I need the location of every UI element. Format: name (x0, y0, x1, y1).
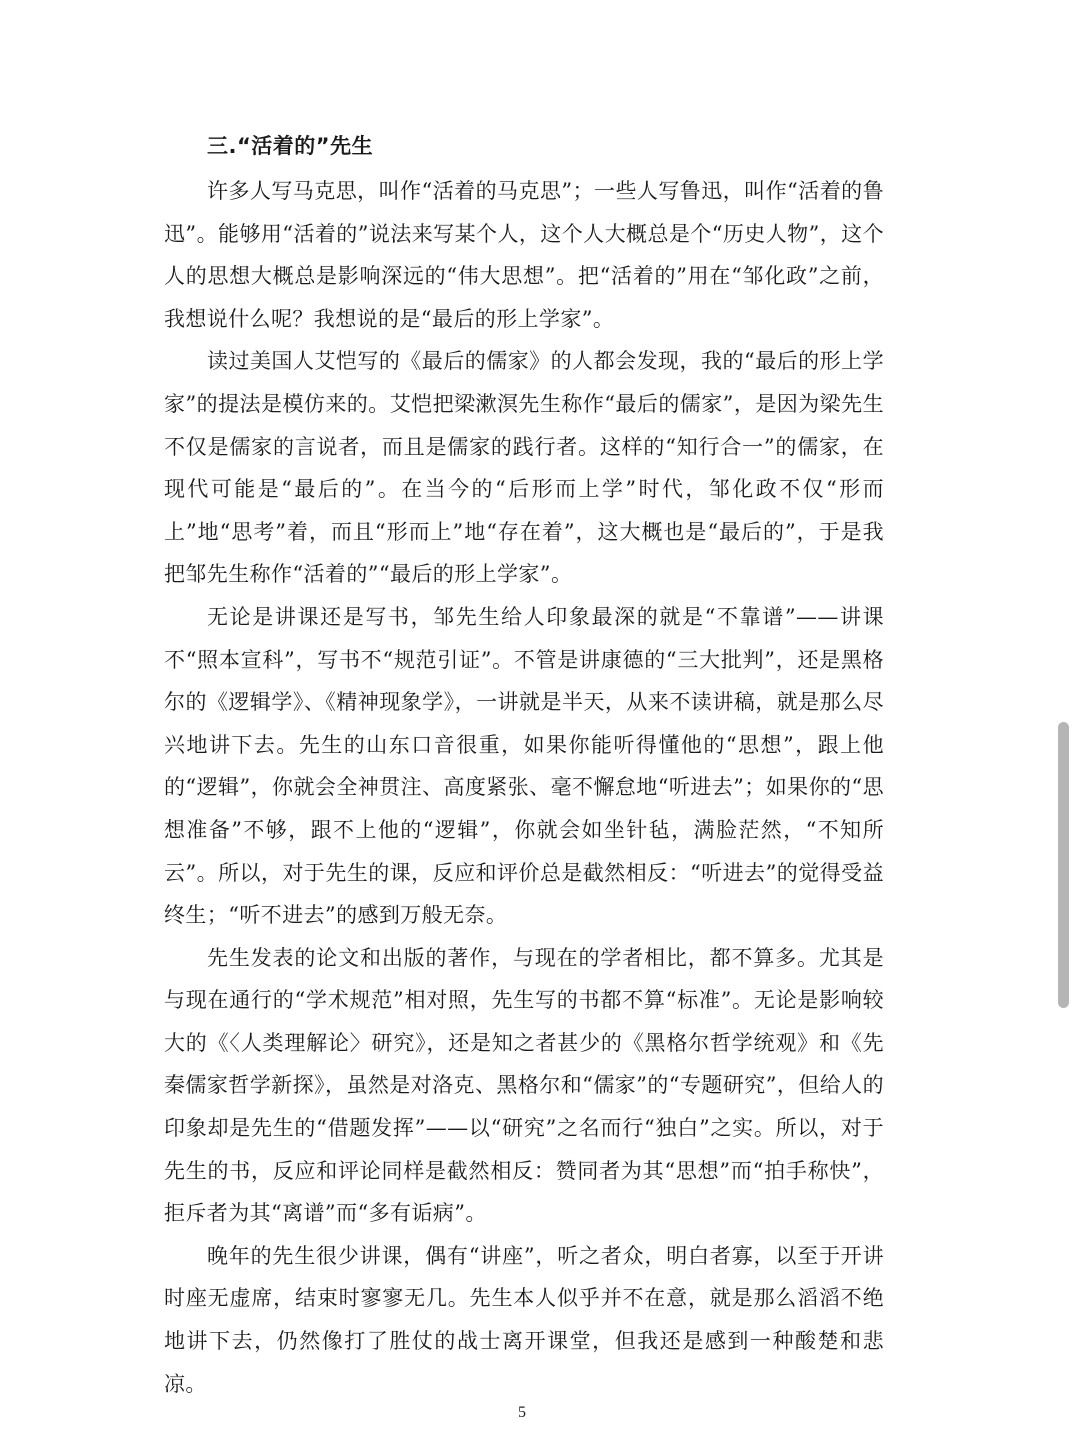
page-number: 5 (0, 1404, 1044, 1422)
paragraph-5: 晚年的先生很少讲课，偶有“讲座”，听之者众，明白者寡，以至于开讲时座无虚席，结束… (164, 1235, 884, 1405)
vertical-scrollbar[interactable] (1054, 0, 1074, 1436)
paragraph-4: 先生发表的论文和出版的著作，与现在的学者相比，都不算多。尤其是与现在通行的“学术… (164, 937, 884, 1235)
section-heading: 三.“活着的”先生 (164, 128, 884, 168)
paragraph-2: 读过美国人艾恺写的《最后的儒家》的人都会发现，我的“最后的形上学家”的提法是模仿… (164, 340, 884, 596)
scrollbar-thumb[interactable] (1058, 722, 1069, 1008)
paragraph-1: 许多人写马克思，叫作“活着的马克思”；一些人写鲁迅，叫作“活着的鲁迅”。能够用“… (164, 170, 884, 340)
paragraph-3: 无论是讲课还是写书，邹先生给人印象最深的就是“不靠谱”——讲课不“照本宣科”，写… (164, 596, 884, 937)
document-page: 三.“活着的”先生 许多人写马克思，叫作“活着的马克思”；一些人写鲁迅，叫作“活… (164, 128, 884, 1405)
